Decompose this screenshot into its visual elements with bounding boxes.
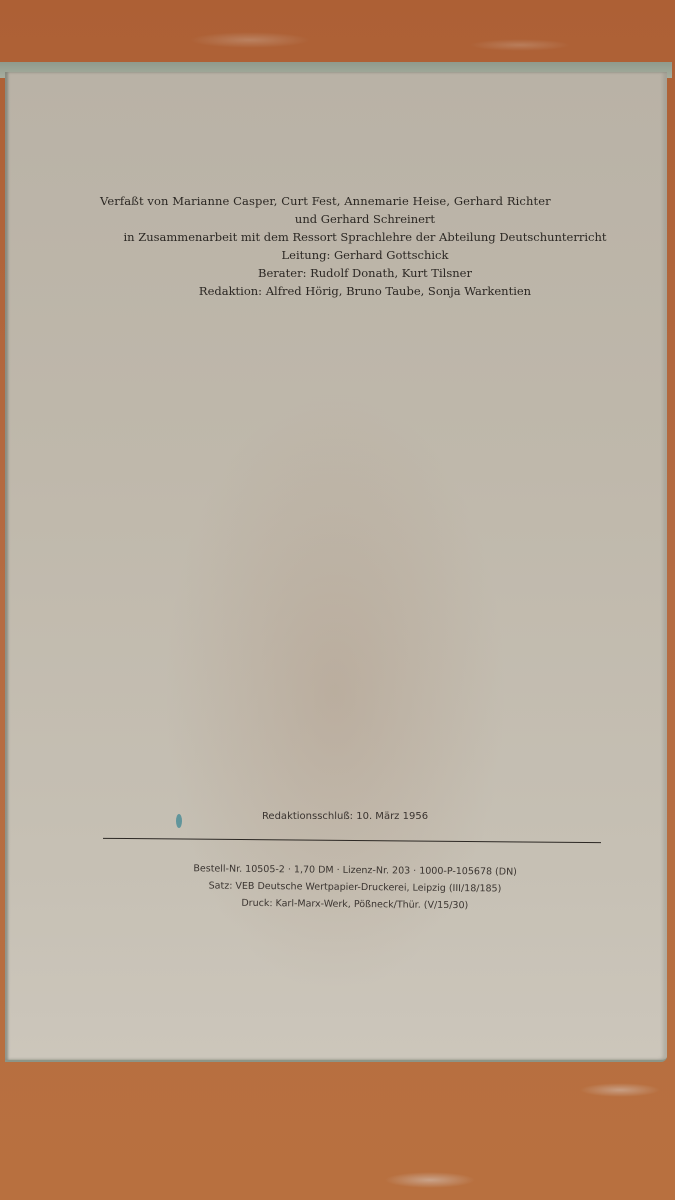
editorial-deadline: Redaktionsschluß: 10. März 1956 (5, 811, 665, 822)
credits-block: Verfaßt von Marianne Casper, Curt Fest, … (100, 192, 630, 300)
divider-rule (103, 838, 601, 843)
book-page: Verfaßt von Marianne Casper, Curt Fest, … (5, 72, 667, 1062)
leitung-line: Leitung: Gerhard Gottschick (100, 246, 630, 264)
berater-line: Berater: Rudolf Donath, Kurt Tilsner (100, 264, 630, 282)
collaboration-line: in Zusammenarbeit mit dem Ressort Sprach… (100, 228, 630, 246)
authors-line-2: und Gerhard Schreinert (100, 210, 630, 228)
authors-line-1: Verfaßt von Marianne Casper, Curt Fest, … (100, 192, 630, 210)
imprint-block: Bestell-Nr. 10505-2 · 1,70 DM · Lizenz-N… (155, 860, 556, 915)
redaktion-line: Redaktion: Alfred Hörig, Bruno Taube, So… (100, 282, 630, 300)
